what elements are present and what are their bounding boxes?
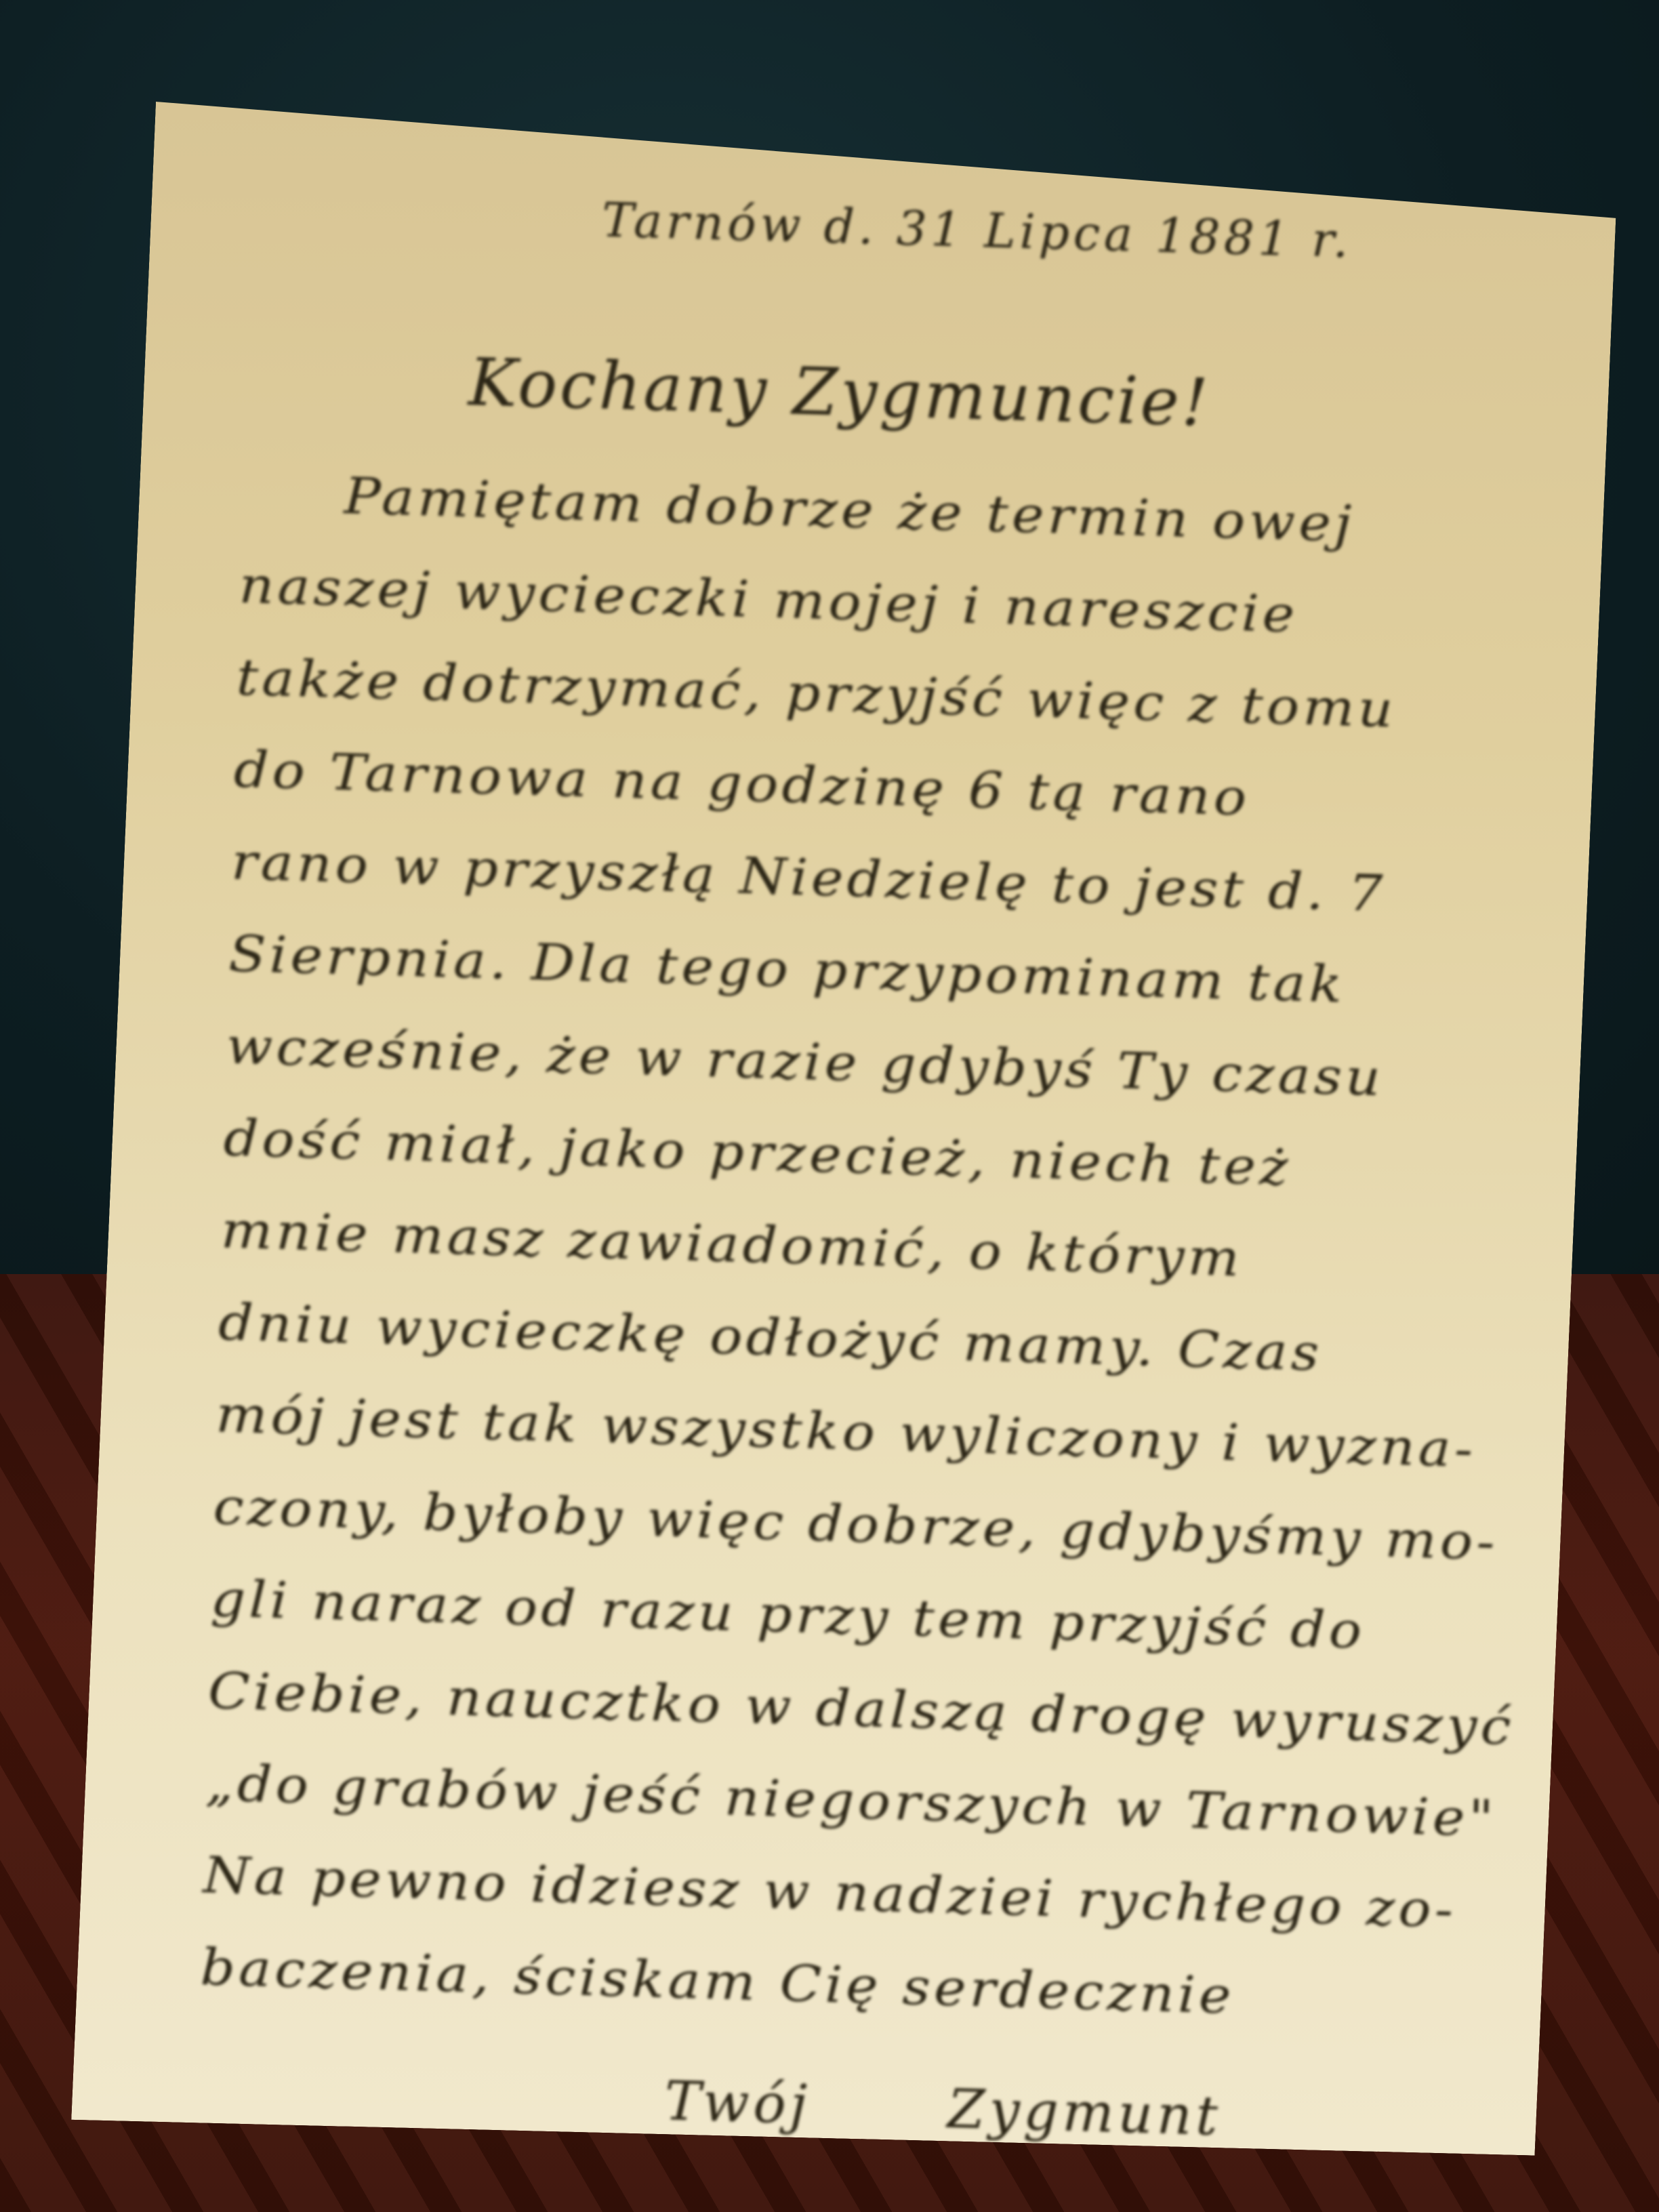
handwritten-letter: Tarnów d. 31 Lipca 1881 r. Kochany Zygmu… [196, 169, 1504, 2171]
closing-word: Twój [663, 2069, 811, 2136]
signature: Zygmunt [947, 2077, 1223, 2148]
letter-body: Pamiętam dobrze że termin owej naszej wy… [199, 447, 1496, 2049]
letter-salutation: Kochany Zygmuncie! [467, 331, 1500, 462]
